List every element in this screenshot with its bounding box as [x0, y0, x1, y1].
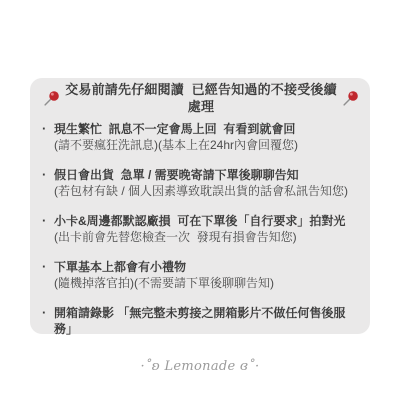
rule-text: 小卡&周邊都默認廠損 可在下單後「自行要求」拍對光 (出卡前會先替您檢查一次 發… — [54, 213, 362, 245]
rule-item: · 開箱請錄影 「無完整未剪接之開箱影片不做任何售後服務」 — [40, 305, 362, 337]
bullet-dot: · — [40, 121, 54, 137]
notice-title: 交易前請先仔細閱讀 已經告知過的不接受後續處理 — [64, 81, 338, 115]
rule-note: (出卡前會先替您檢查一次 發現有損會告知您) — [54, 229, 362, 245]
rule-note: (請不要瘋狂洗訊息)(基本上在24hr內會回覆您) — [54, 137, 362, 153]
bullet-dot: · — [40, 213, 54, 229]
rule-text: 假日會出貨 急單 / 需要晚寄請下單後聊聊告知 (若包材有缺 / 個人因素導致耽… — [54, 167, 362, 199]
notice-page: 交易前請先仔細閱讀 已經告知過的不接受後續處理 · 現生繁忙 訊息不一定會馬上回… — [0, 0, 400, 400]
rule-note: (若包材有缺 / 個人因素導致耽誤出貨的話會私訊告知您) — [54, 183, 362, 199]
bullet-dot: · — [40, 259, 54, 275]
rule-text: 現生繁忙 訊息不一定會馬上回 有看到就會回 (請不要瘋狂洗訊息)(基本上在24h… — [54, 121, 362, 153]
rule-text: 開箱請錄影 「無完整未剪接之開箱影片不做任何售後服務」 — [54, 305, 362, 337]
bullet-dot: · — [40, 305, 54, 321]
rule-main: 現生繁忙 訊息不一定會馬上回 有看到就會回 — [54, 121, 362, 137]
rule-text: 下單基本上都會有小禮物 (隨機掉落官拍)(不需要請下單後聊聊告知) — [54, 259, 362, 291]
rule-main: 假日會出貨 急單 / 需要晚寄請下單後聊聊告知 — [54, 167, 362, 183]
rule-item: · 小卡&周邊都默認廠損 可在下單後「自行要求」拍對光 (出卡前會先替您檢查一次… — [40, 213, 362, 245]
rule-main: 開箱請錄影 「無完整未剪接之開箱影片不做任何售後服務」 — [54, 305, 362, 337]
pushpin-icon — [43, 90, 60, 107]
pushpin-icon — [342, 90, 359, 107]
notice-card: 交易前請先仔細閱讀 已經告知過的不接受後續處理 · 現生繁忙 訊息不一定會馬上回… — [30, 78, 370, 334]
rule-main: 小卡&周邊都默認廠損 可在下單後「自行要求」拍對光 — [54, 213, 362, 229]
notice-header: 交易前請先仔細閱讀 已經告知過的不接受後續處理 — [43, 89, 359, 107]
rule-item: · 現生繁忙 訊息不一定會馬上回 有看到就會回 (請不要瘋狂洗訊息)(基本上在2… — [40, 121, 362, 153]
bullet-dot: · — [40, 167, 54, 183]
rule-note: (隨機掉落官拍)(不需要請下單後聊聊告知) — [54, 275, 362, 291]
rule-item: · 下單基本上都會有小禮物 (隨機掉落官拍)(不需要請下單後聊聊告知) — [40, 259, 362, 291]
rule-main: 下單基本上都會有小禮物 — [54, 259, 362, 275]
brand-signature: ·˚ʚ Lemonade ɞ˚· — [0, 359, 400, 374]
rule-item: · 假日會出貨 急單 / 需要晚寄請下單後聊聊告知 (若包材有缺 / 個人因素導… — [40, 167, 362, 199]
